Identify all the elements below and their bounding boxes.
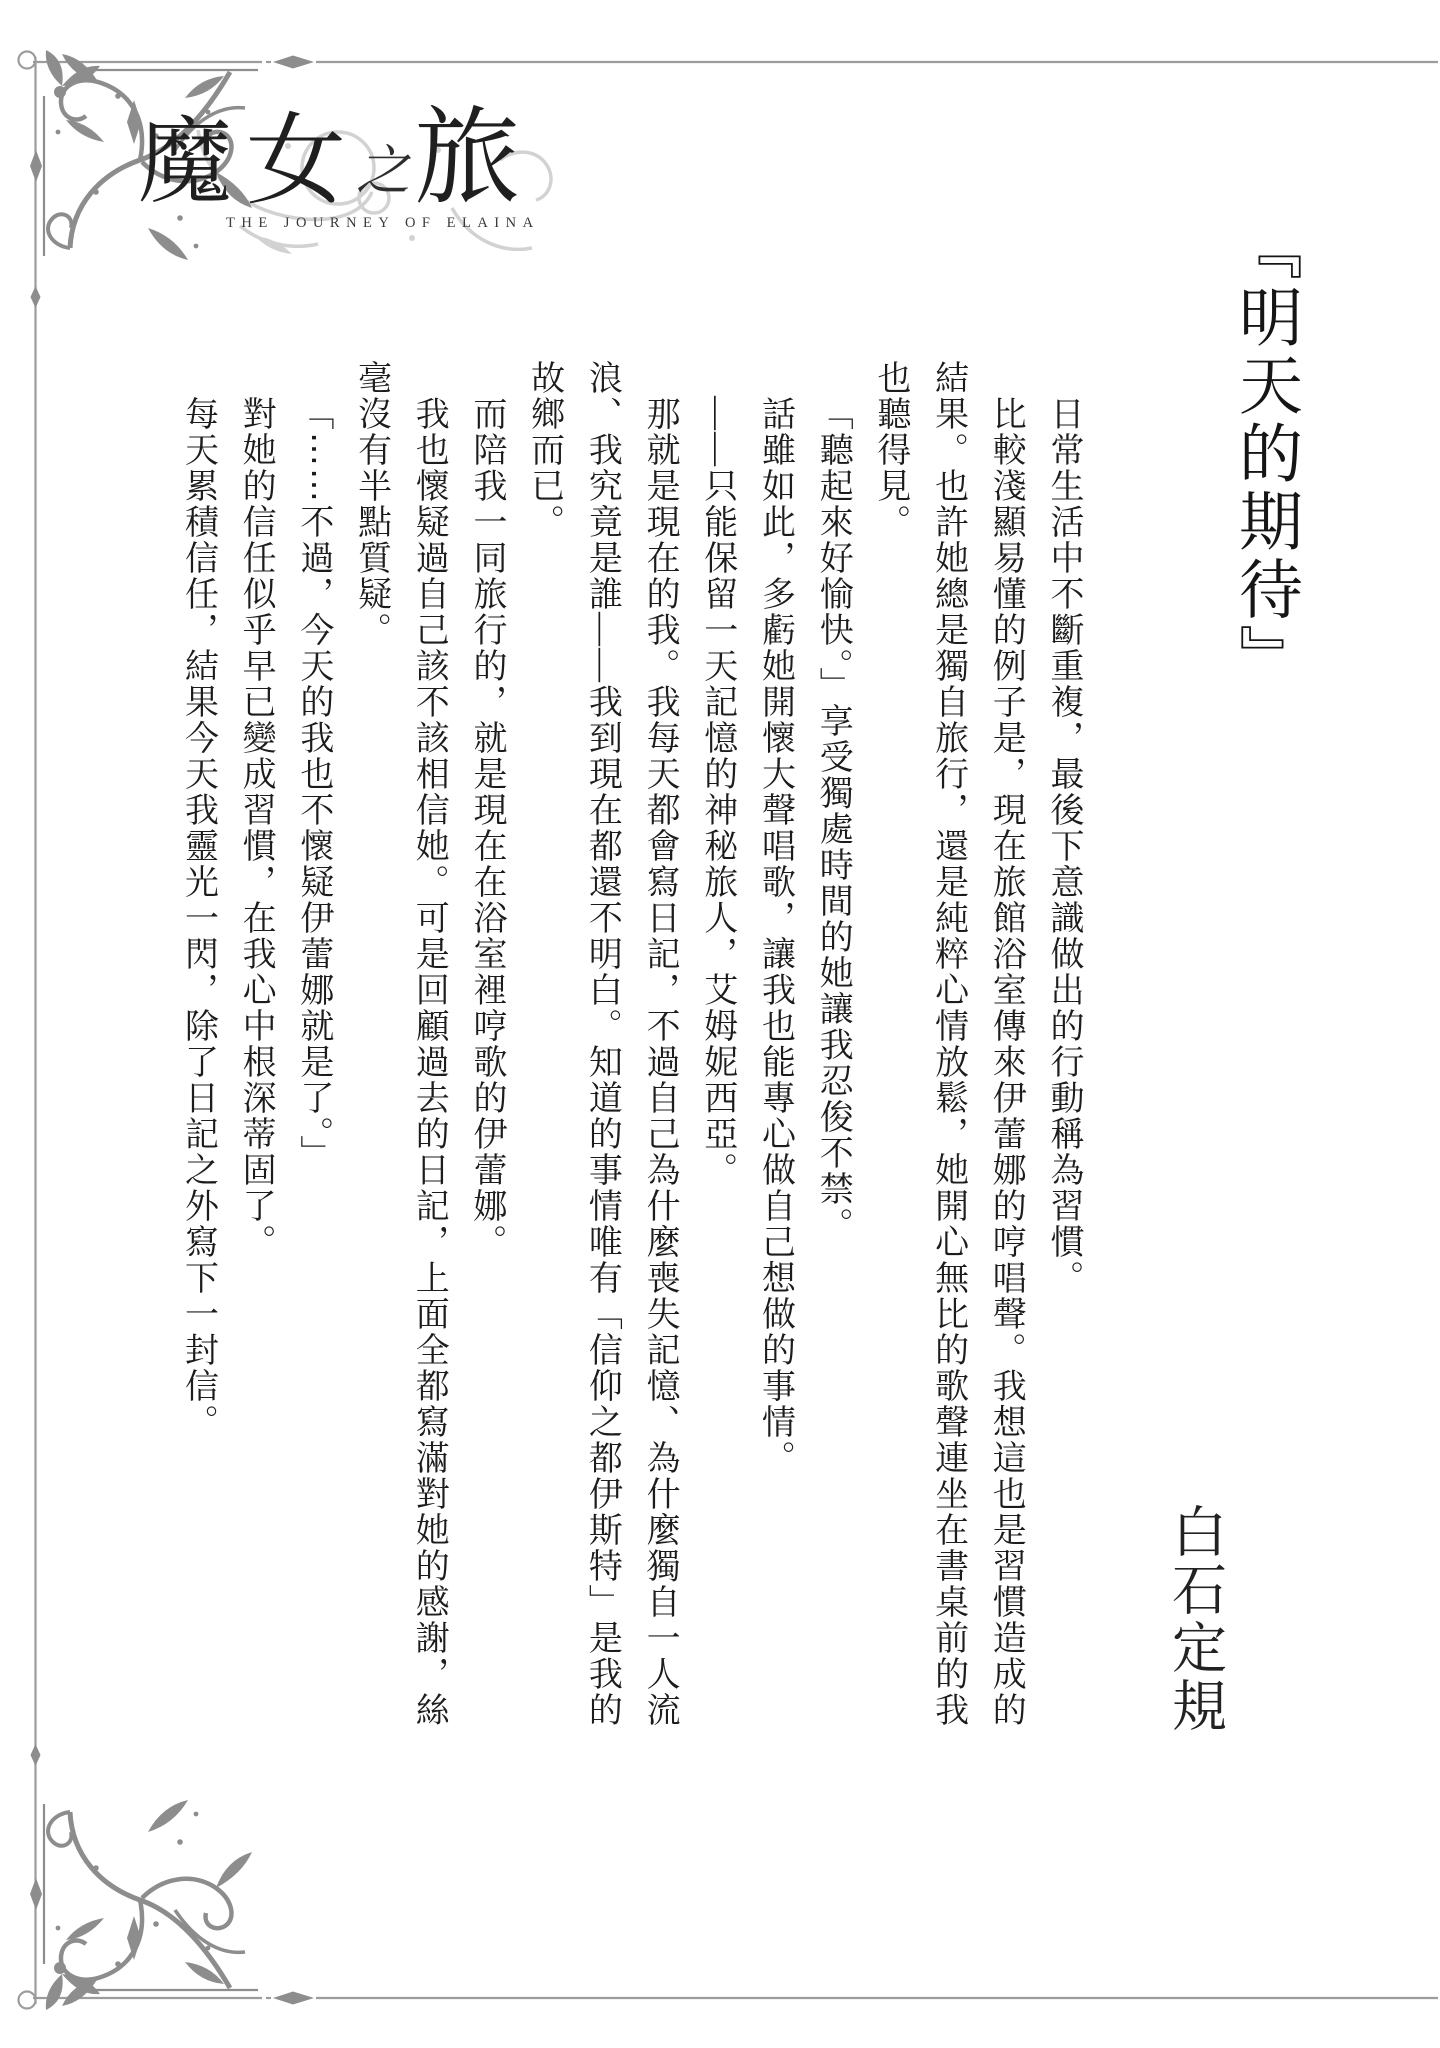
logo-char: 女 — [246, 112, 346, 212]
body-text: 日常生活中不斷重複，最後下意識做出的行動稱為習慣。 比較淺顯易懂的例子是，現在旅… — [169, 360, 1092, 1728]
paragraph: 比較淺顯易懂的例子是，現在旅館浴室傳來伊蕾娜的哼唱聲。我想這也是習慣造成的結果。… — [861, 360, 1034, 1728]
paragraph: 話雖如此，多虧她開懷大聲唱歌，讓我也能專心做自己想做的事情。 — [746, 360, 804, 1728]
paragraph: 每天累積信任，結果今天我靈光一閃，除了日記之外寫下一封信。 — [169, 360, 227, 1728]
paragraph: 那就是現在的我。我每天都會寫日記，不過自己為什麼喪失記憶、為什麼獨自一人流浪、我… — [515, 360, 688, 1728]
author-name: 白石定規 — [1167, 1503, 1222, 1735]
logo-char: 魔 — [138, 116, 232, 210]
book-page: 魔 女 之 旅 THE JOURNEY OF ELAINA 『明天的期待』 白石… — [0, 0, 1440, 2048]
paragraph: 而陪我一同旅行的，就是現在在浴室裡哼歌的伊蕾娜。 — [457, 360, 515, 1728]
paragraph: 對她的信任似乎早已變成習慣，在我心中根深蒂固了。 — [226, 360, 284, 1728]
chapter-title: 『明天的期待』 — [1233, 216, 1297, 692]
corner-flourish-bottom-icon — [30, 1800, 258, 2010]
paragraph: 我也懷疑過自己該不該相信她。可是回顧過去的日記，上面全都寫滿對她的感謝，絲毫沒有… — [342, 360, 457, 1728]
paragraph: 日常生活中不斷重複，最後下意識做出的行動稱為習慣。 — [1034, 360, 1092, 1728]
logo-char: 旅 — [414, 106, 520, 212]
paragraph: 「⋯⋯不過，今天的我也不懷疑伊蕾娜就是了。」 — [284, 360, 342, 1728]
logo-subtitle: THE JOURNEY OF ELAINA — [226, 215, 540, 232]
paragraph: ——只能保留一天記憶的神秘旅人，艾姆妮西亞。 — [688, 360, 746, 1728]
logo-char: 之 — [356, 144, 410, 198]
paragraph: 「聽起來好愉快。」享受獨處時間的她讓我忍俊不禁。 — [803, 360, 861, 1728]
series-logo: 魔 女 之 旅 THE JOURNEY OF ELAINA — [0, 0, 700, 300]
